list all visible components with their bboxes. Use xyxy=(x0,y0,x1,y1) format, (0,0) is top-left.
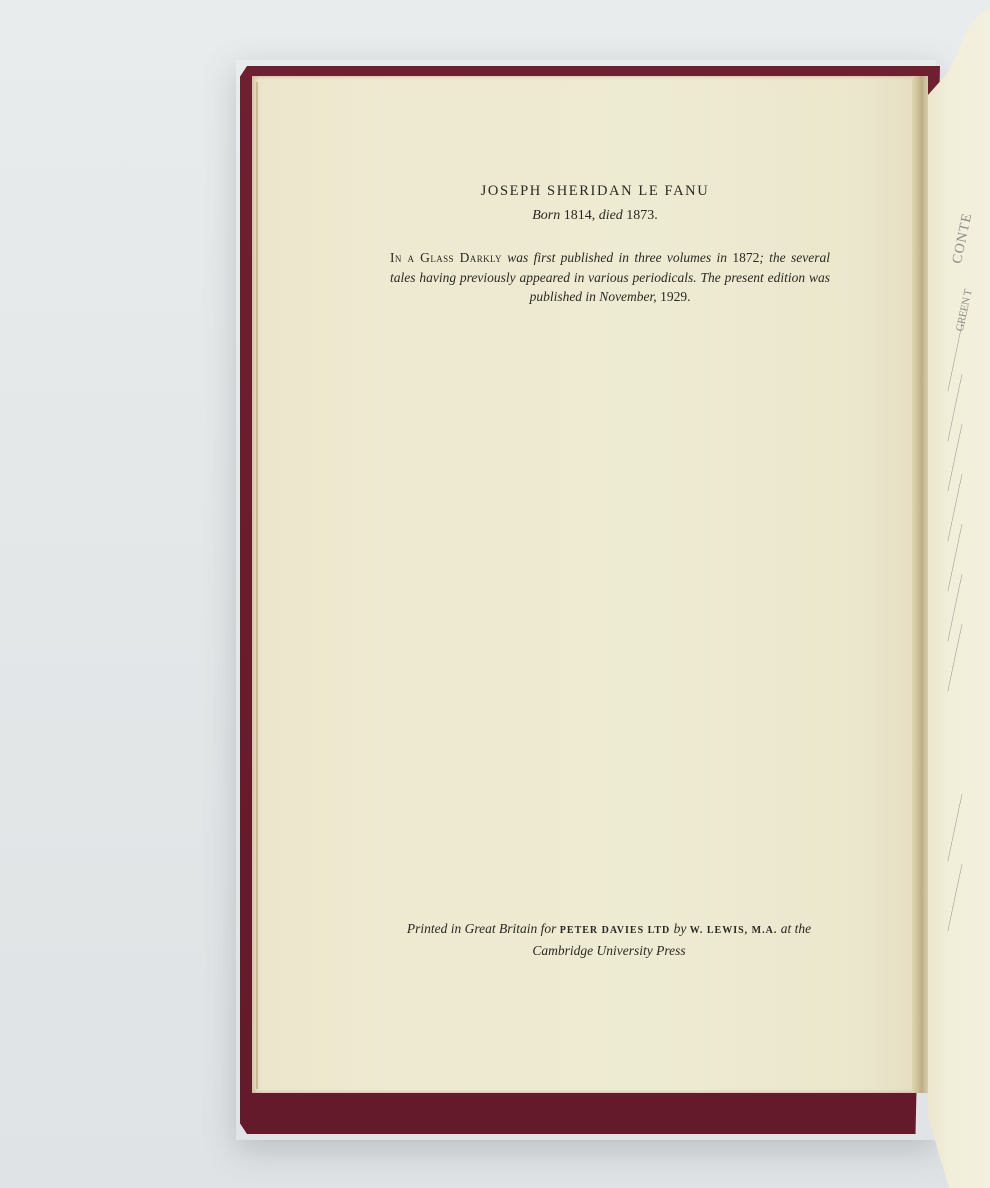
edition-year: 1929 xyxy=(660,289,687,304)
imprint-part-1: Printed in Great Britain for xyxy=(407,921,560,936)
imprint-line-1: Printed in Great Britain for PETER DAVIE… xyxy=(376,919,842,941)
imprint-line-2: Cambridge University Press xyxy=(376,941,842,961)
author-dates: Born 1814, died 1873. xyxy=(252,208,933,224)
author-name: JOSEPH SHERIDAN LE FANU xyxy=(252,183,933,200)
born-year: 1814, xyxy=(564,208,596,223)
pub-note-text-1: was first published in three volumes in xyxy=(502,250,732,265)
printer-name: W. LEWIS, M.A. xyxy=(690,925,778,936)
contents-heading-fragment: CONTE xyxy=(950,211,976,265)
printer-imprint: Printed in Great Britain for PETER DAVIE… xyxy=(376,919,842,961)
born-label: Born xyxy=(532,208,560,223)
died-year: 1873. xyxy=(626,208,658,223)
colophon-page-content: JOSEPH SHERIDAN LE FANU Born 1814, died … xyxy=(252,76,928,1093)
book-title: In a Glass Darkly xyxy=(390,250,502,265)
publisher-name: PETER DAVIES LTD xyxy=(560,925,670,936)
first-pub-year: 1872 xyxy=(732,250,759,265)
contents-line: ———————— xyxy=(942,863,966,932)
right-page-contents: CONTE GREEN T ———————— ———————— ————————… xyxy=(928,0,990,1188)
contents-line: ———————— xyxy=(942,793,966,862)
died-label: died xyxy=(599,208,623,223)
imprint-part-2: by xyxy=(670,921,690,936)
pub-note-end: . xyxy=(687,289,690,304)
imprint-part-3: at the xyxy=(777,921,811,936)
publication-note: In a Glass Darkly was first published in… xyxy=(390,248,830,307)
